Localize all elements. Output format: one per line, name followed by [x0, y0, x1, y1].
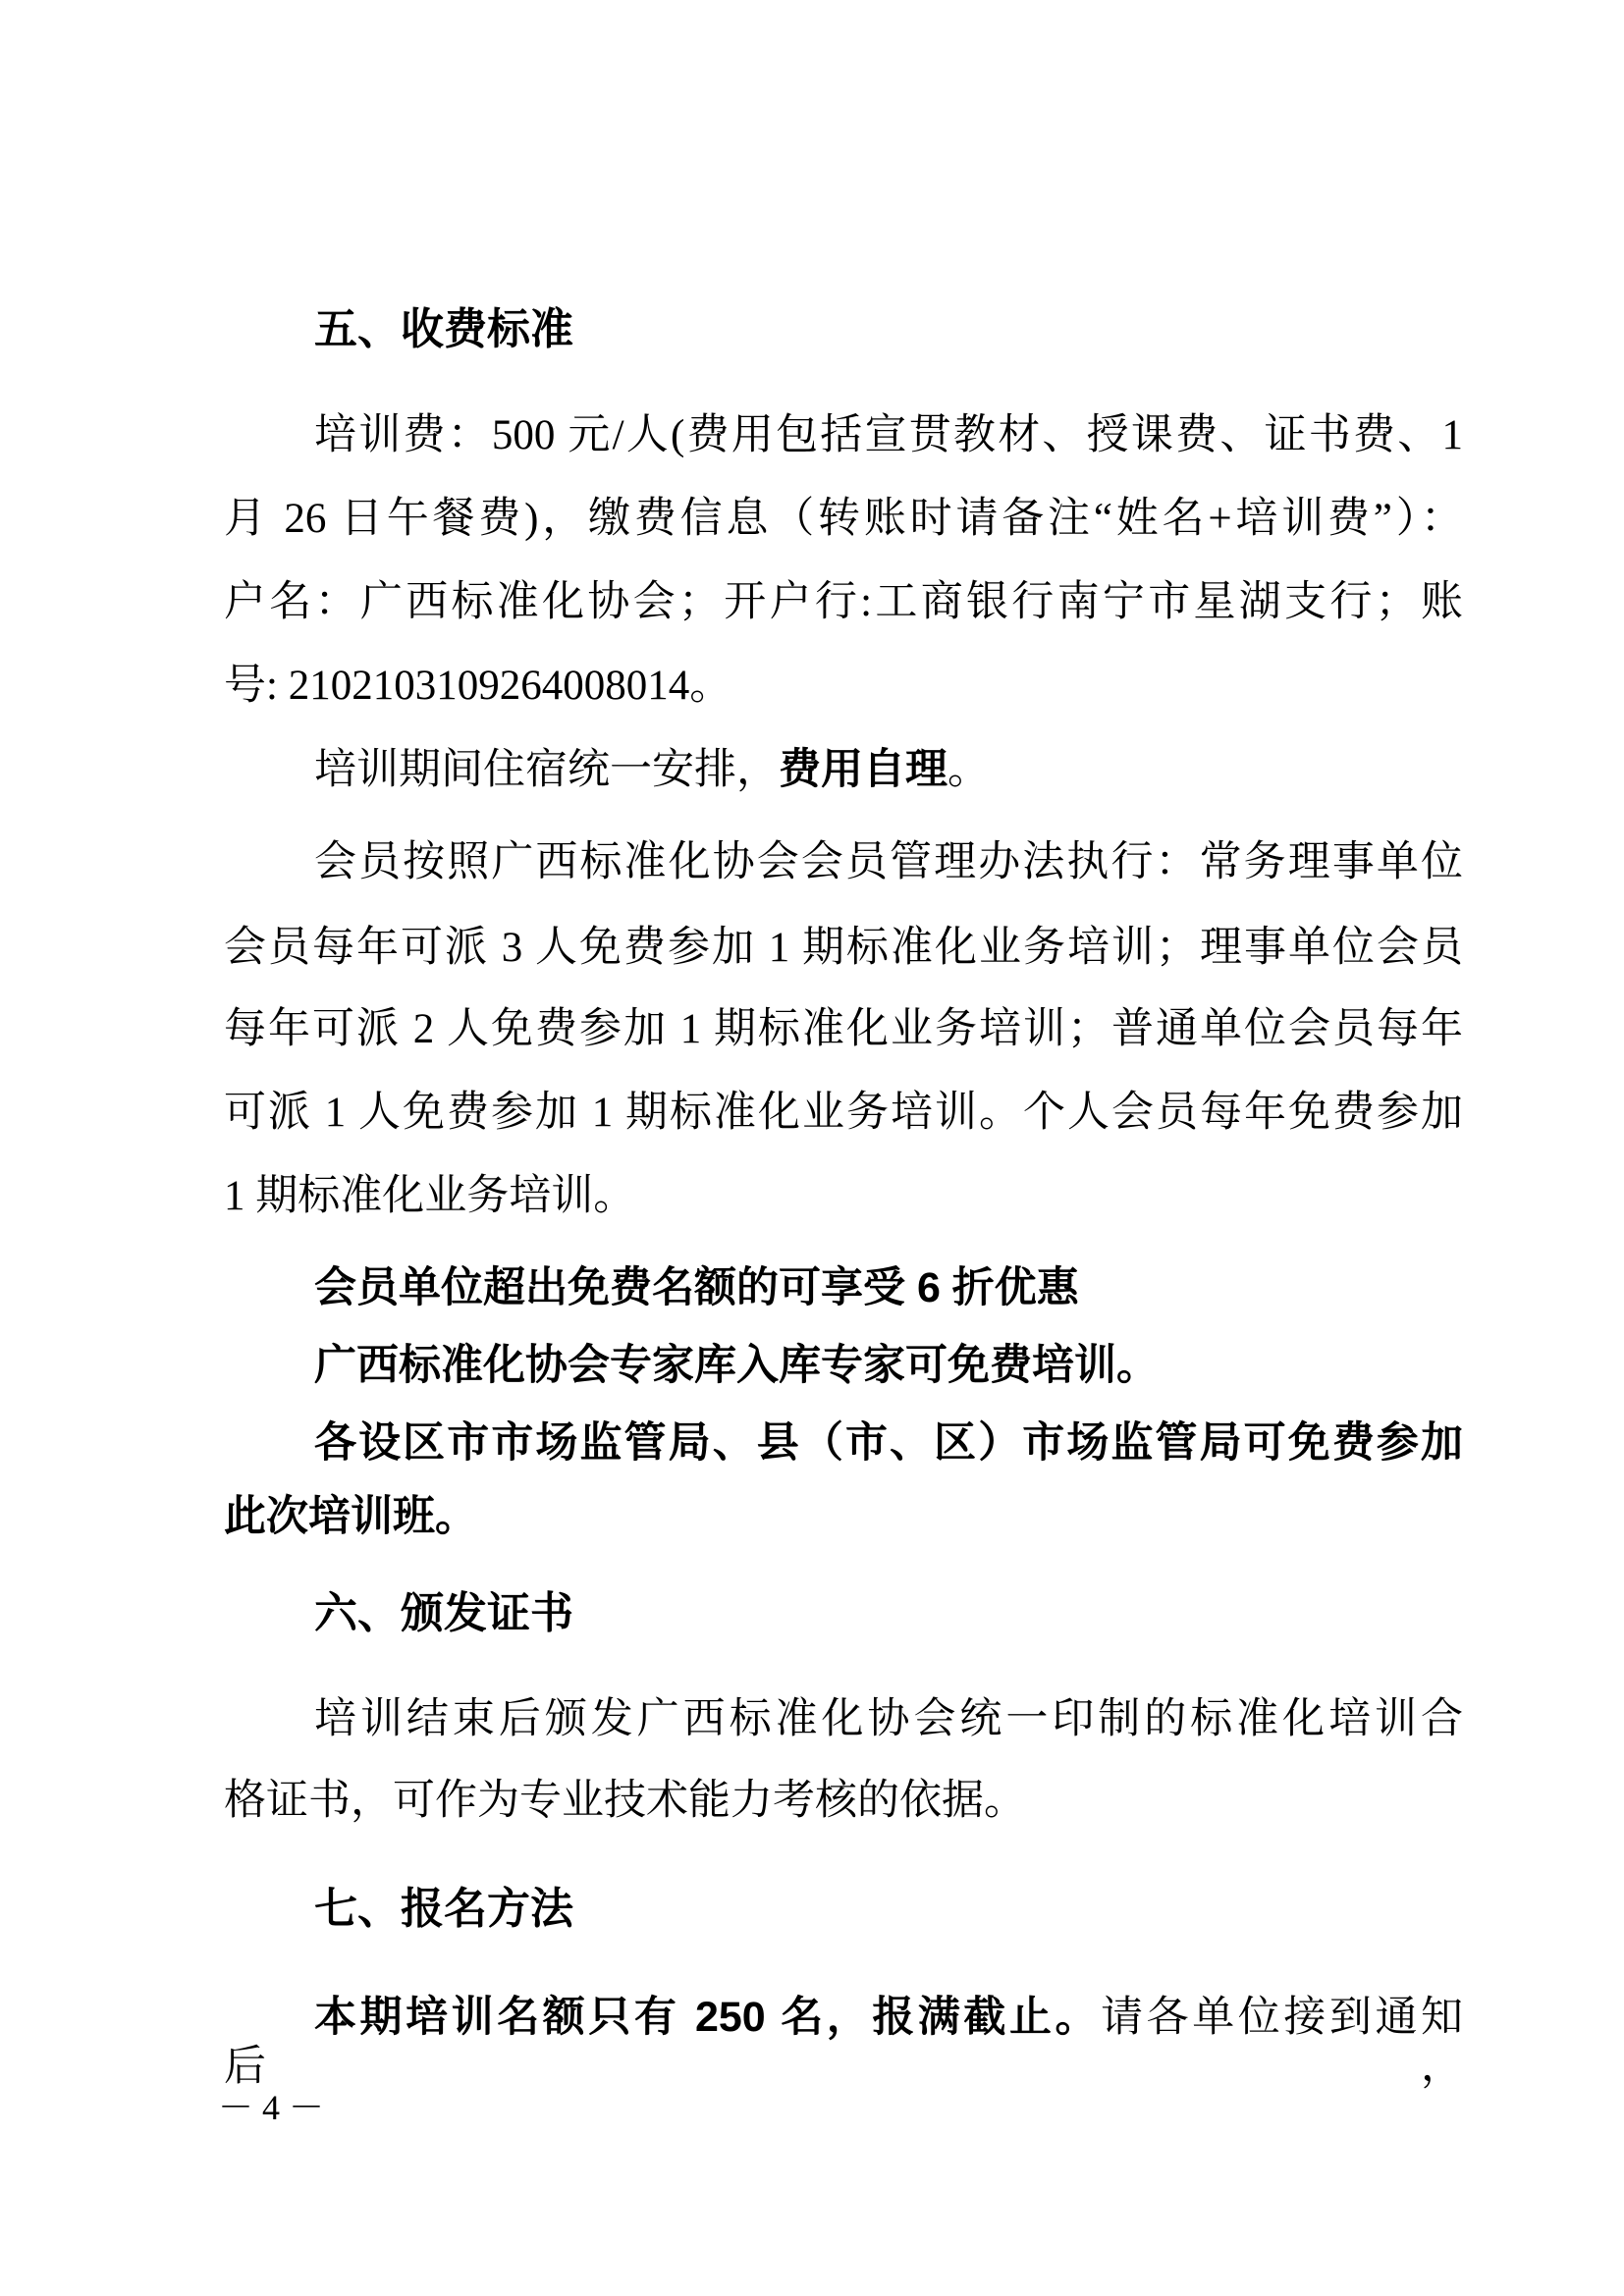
fees-para1-line2: 月 26 日午餐费)，缴费信息（转账时请备注“姓名+培训费”）： [224, 495, 1463, 544]
fees-para3-line2: 会员每年可派 3 人免费参加 1 期标准化业务培训；理事单位会员 [224, 924, 1463, 973]
section-certificate-heading: 六、颁发证书 [224, 1589, 1463, 1638]
fees-para3-line3: 每年可派 2 人免费参加 1 期标准化业务培训；普通单位会员每年 [224, 1005, 1463, 1054]
section-registration-heading: 七、报名方法 [224, 1885, 1463, 1934]
fees-para1-line3: 户名：广西标准化协会；开户行:工商银行南宁市星湖支行；账 [224, 578, 1463, 627]
page-number: － 4 － [218, 2087, 324, 2128]
fees-para2-line: 培训期间住宿统一安排，费用自理。 [224, 745, 1463, 795]
fees-para1-line4: 号: 2102103109264008014。 [224, 662, 1463, 711]
fees-para3-line1: 会员按照广西标准化协会会员管理办法执行：常务理事单位 [224, 838, 1463, 887]
fees-para3-line5: 1 期标准化业务培训。 [224, 1172, 1463, 1221]
fees-bold-note-3: 各设区市市场监管局、县（市、区）市场监管局可免费参加 [224, 1418, 1463, 1468]
certificate-para-line2: 格证书，可作为专业技术能力考核的依据。 [224, 1777, 1463, 1826]
fees-para3-line4: 可派 1 人免费参加 1 期标准化业务培训。个人会员每年免费参加 [224, 1089, 1463, 1138]
certificate-para-line1: 培训结束后颁发广西标准化协会统一印制的标准化培训合 [224, 1695, 1463, 1744]
registration-para-bold: 本期培训名额只有 250 名，报满截止。 [314, 1994, 1101, 2041]
fees-bold-note-4: 此次培训班。 [224, 1492, 1463, 1541]
fees-para2-period: 。 [947, 747, 990, 793]
registration-para-line1: 本期培训名额只有 250 名，报满截止。请各单位接到通知后， [224, 1993, 1463, 2092]
fees-bold-note-2: 广西标准化协会专家库入库专家可免费培训。 [224, 1341, 1463, 1390]
fees-para1-line1: 培训费：500 元/人(费用包括宣贯教材、授课费、证书费、1 [224, 411, 1463, 460]
section-fees-heading: 五、收费标准 [224, 305, 1463, 354]
fees-para2-regular: 培训期间住宿统一安排， [314, 747, 779, 793]
fees-bold-note-1: 会员单位超出免费名额的可享受 6 折优惠 [224, 1263, 1463, 1312]
fees-para2-bold: 费用自理 [779, 746, 947, 793]
document-page: 五、收费标准 培训费：500 元/人(费用包括宣贯教材、授课费、证书费、1 月 … [0, 0, 1624, 2296]
